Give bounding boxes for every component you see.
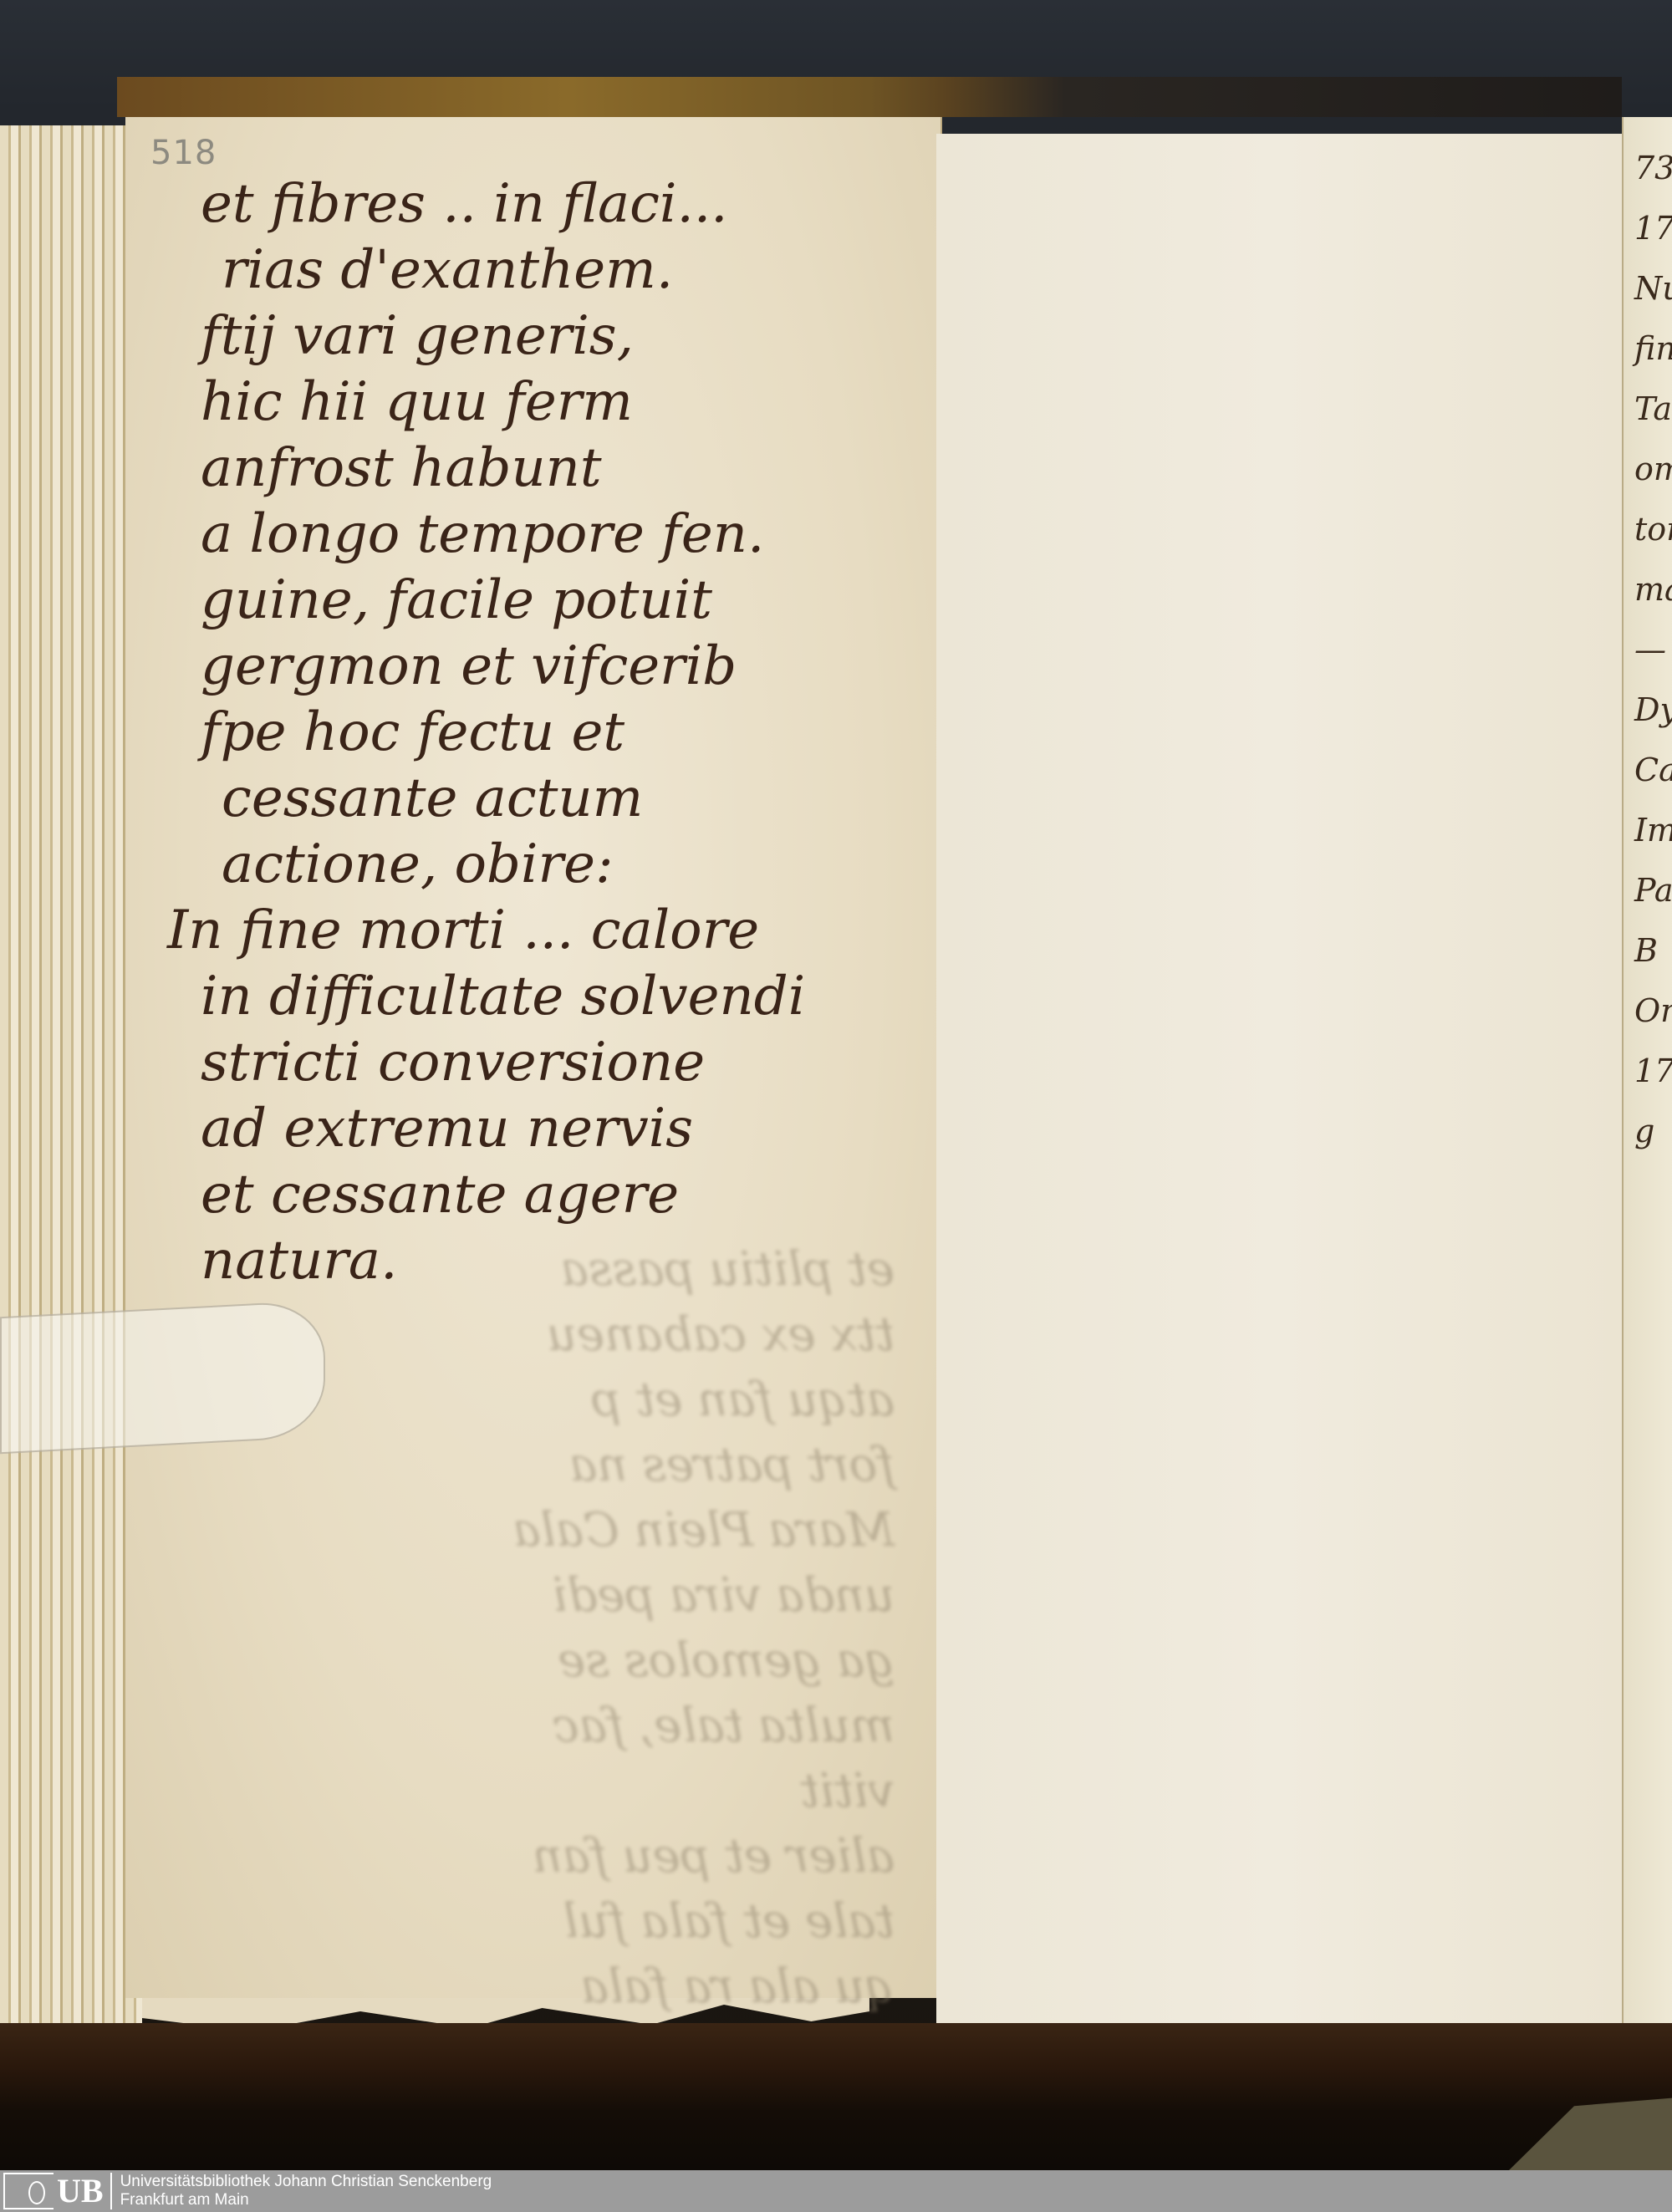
note-line: B — [1634, 920, 1672, 981]
note-line: — — [1634, 619, 1672, 680]
note-line: ma — [1634, 559, 1672, 619]
note-line: Ori — [1634, 981, 1672, 1041]
footer-bar: UB Universitätsbibliothek Johann Christi… — [0, 2170, 1672, 2212]
text-line: et fibres .. in flaci... — [201, 171, 936, 237]
logo-text: UB — [54, 2173, 112, 2209]
note-line: 17 — [1634, 1041, 1672, 1101]
text-line: cessante actum — [222, 766, 936, 832]
transparent-page-holder — [0, 1300, 325, 1454]
folio-number: 518 — [150, 134, 217, 172]
text-line: gergmon et vifcerib — [201, 634, 936, 700]
text-line: rias d'exanthem. — [222, 237, 936, 303]
institution-location: Frankfurt am Main — [120, 2191, 492, 2209]
text-line: ftij vari generis, — [201, 303, 936, 370]
note-line: 17. — [1634, 198, 1672, 258]
bleed-line: alier et peu fan — [209, 1824, 895, 1889]
bleed-line: fort patres na — [209, 1433, 895, 1498]
bleed-line: qu ala ra fala — [209, 1955, 895, 2020]
bleed-line: ga gemolos se — [209, 1628, 895, 1694]
note-line: fin — [1634, 319, 1672, 379]
handwritten-text: et fibres .. in flaci... rias d'exanthem… — [201, 171, 936, 1294]
note-line: g — [1634, 1101, 1672, 1161]
bleed-line: tale et fala ful — [209, 1889, 895, 1955]
text-line: ad extremu nervis — [201, 1096, 936, 1162]
margin-notes: 730. 17. Num fin Tab omi tor ma — Dy Ca … — [1634, 138, 1672, 1161]
note-line: Tab — [1634, 379, 1672, 439]
note-line: Num — [1634, 258, 1672, 319]
portrait-icon — [3, 2173, 54, 2209]
note-line: Pa — [1634, 860, 1672, 920]
note-line: Dy — [1634, 680, 1672, 740]
bleed-line: multa tale, fac — [209, 1694, 895, 1759]
text-line: fpe hoc fectu et — [201, 700, 936, 766]
bleed-line: vitit — [209, 1759, 895, 1824]
page-stack-edge — [0, 125, 142, 2040]
bleed-line: et plitiu passa — [209, 1237, 895, 1302]
bleed-line: Mara Plein Cala — [209, 1498, 895, 1563]
note-line: Ca — [1634, 740, 1672, 800]
text-line: anfrost habunt — [201, 436, 936, 502]
bleed-line: unda vira pedi — [209, 1563, 895, 1628]
book-cover-top-edge — [117, 77, 1622, 117]
text-line: stricti conversione — [201, 1030, 936, 1096]
note-line: 730. — [1634, 138, 1672, 198]
institution-name: Universitätsbibliothek Johann Christian … — [120, 2173, 492, 2191]
library-logo: UB — [3, 2170, 112, 2212]
text-line: a longo tempore fen. — [201, 502, 936, 568]
text-line: hic hii quu ferm — [201, 370, 936, 436]
book-cover-bottom — [0, 2023, 1672, 2170]
note-line: omi — [1634, 439, 1672, 499]
text-line: guine, facile potuit — [201, 568, 936, 634]
text-line: et cessante agere — [201, 1162, 936, 1228]
note-line: tor — [1634, 499, 1672, 559]
right-page-blank — [936, 134, 1622, 2040]
note-line: Im — [1634, 800, 1672, 860]
text-line: actione, obire: — [222, 832, 936, 898]
text-line: in difficultate solvendi — [201, 964, 936, 1030]
institution-info: Universitätsbibliothek Johann Christian … — [112, 2173, 492, 2209]
text-line: In fine morti ... calore — [167, 898, 936, 964]
